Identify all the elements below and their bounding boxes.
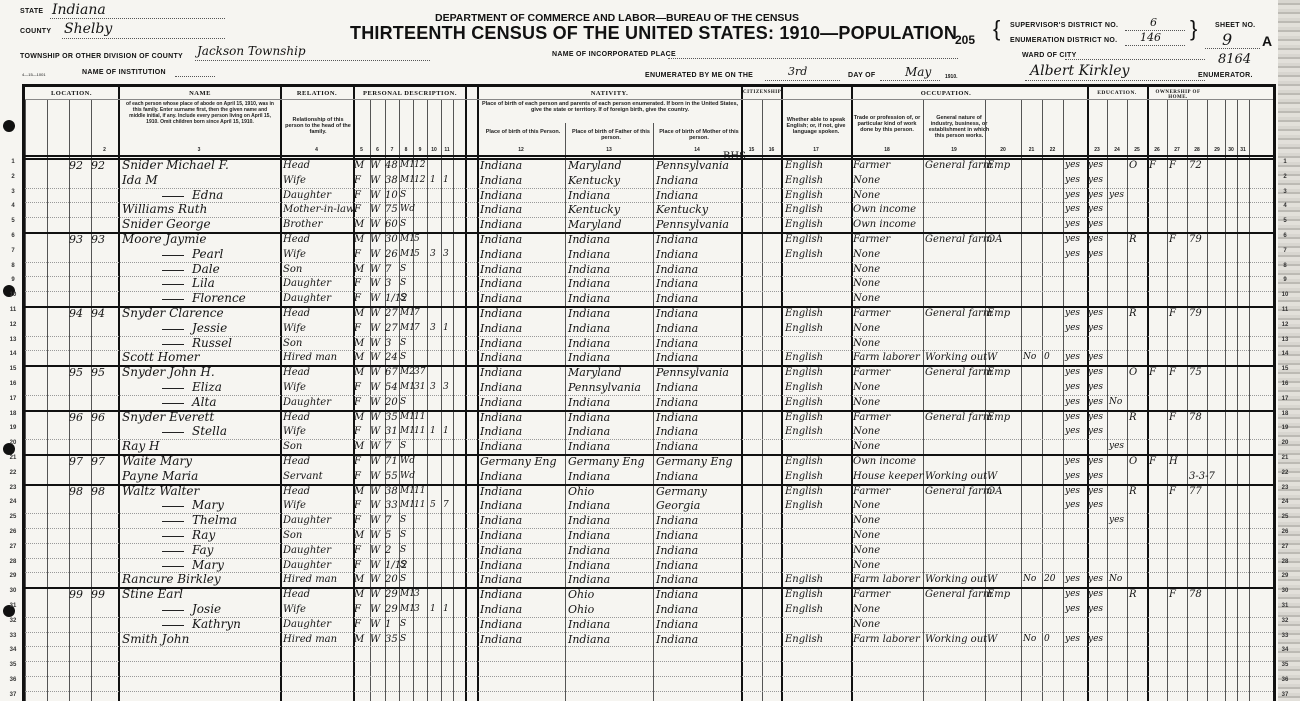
person-name: Florence (192, 292, 246, 305)
person-name: Lila (192, 277, 215, 290)
marital-status: S (400, 263, 406, 276)
line-number: 23 (1278, 485, 1292, 491)
can-write: yes (1088, 425, 1103, 438)
column-number: 23 (1087, 147, 1107, 153)
age: 1 (385, 618, 391, 631)
father-birthplace: Indiana (568, 470, 610, 483)
line-number: 10 (6, 292, 20, 298)
line-number: 19 (1278, 425, 1292, 431)
col-speak-english: Whether able to speak English; or, if no… (783, 117, 849, 141)
can-write: yes (1088, 411, 1103, 424)
language: English (785, 455, 823, 468)
census-sheet: STATE Indiana COUNTY Shelby TOWNSHIP OR … (0, 0, 1300, 701)
column-divider (1021, 99, 1022, 701)
mother-birthplace: Indiana (656, 189, 698, 202)
line-number: 34 (1278, 647, 1292, 653)
line-number: 11 (1278, 307, 1292, 313)
marital-status: S (400, 440, 406, 453)
age: 75 (385, 203, 398, 216)
race: W (370, 351, 380, 364)
line-number: 1 (6, 159, 20, 165)
column-divider (1225, 99, 1226, 701)
person-name: Williams Ruth (122, 203, 207, 216)
industry: General farm (925, 233, 992, 246)
sex: F (354, 203, 361, 216)
age: 27 (385, 322, 398, 335)
father-birthplace: Indiana (568, 440, 610, 453)
day-underline (765, 80, 840, 81)
group-education: EDUCATION. (1087, 90, 1147, 96)
mother-birthplace: Indiana (656, 307, 698, 320)
industry: General farm (925, 588, 992, 601)
can-read: yes (1065, 499, 1080, 512)
father-birthplace: Indiana (568, 351, 610, 364)
person-name: Russel (192, 337, 232, 350)
line-number: 21 (6, 455, 20, 461)
year-label: 1910. (945, 74, 958, 80)
person-name: Thelma (192, 514, 237, 527)
person-name: Eliza (192, 381, 222, 394)
line-number: 32 (6, 618, 20, 624)
marital-status: M1 (400, 322, 415, 335)
birthplace: Indiana (480, 366, 522, 379)
sex: F (354, 277, 361, 290)
employment-class: W (987, 351, 997, 364)
line-number: 7 (1278, 248, 1292, 254)
relationship: Wife (283, 322, 306, 335)
language: English (785, 366, 823, 379)
line-number: 35 (6, 662, 20, 668)
column-number: 4 (280, 147, 353, 153)
ditto-dash (162, 284, 184, 285)
column-divider (923, 99, 924, 701)
trade: Farmer (853, 411, 890, 424)
group-relation: RELATION. (281, 90, 353, 97)
person-name: Ray (192, 529, 215, 542)
farm-schedule: 79 (1189, 233, 1202, 246)
column-divider (441, 99, 442, 701)
family-number: 99 (91, 588, 105, 601)
mother-birthplace: Indiana (656, 263, 698, 276)
language: English (785, 322, 823, 335)
person-name: Snider George (122, 218, 211, 231)
person-name: Waltz Walter (122, 485, 199, 498)
ditto-dash (162, 521, 184, 522)
line-number: 24 (6, 499, 20, 505)
can-write: yes (1088, 396, 1103, 409)
farm-schedule: 77 (1189, 485, 1202, 498)
father-birthplace: Indiana (568, 233, 610, 246)
census-title: THIRTEENTH CENSUS OF THE UNITED STATES: … (350, 23, 957, 44)
group-name: NAME (120, 90, 280, 97)
race: W (370, 588, 380, 601)
age: 24 (385, 351, 398, 364)
trade: Farmer (853, 233, 890, 246)
father-birthplace: Maryland (568, 218, 622, 231)
sex: F (354, 499, 361, 512)
age: 20 (385, 396, 398, 409)
column-divider (762, 99, 763, 701)
ditto-dash (162, 196, 184, 197)
can-read: yes (1065, 411, 1080, 424)
marital-status: S (400, 351, 406, 364)
father-birthplace: Indiana (568, 292, 610, 305)
ward-label: WARD OF CITY (1022, 52, 1077, 59)
age: 60 (385, 218, 398, 231)
ditto-dash (162, 432, 184, 433)
column-divider (1127, 99, 1128, 701)
relationship: Son (283, 440, 302, 453)
column-number: 3 (118, 147, 280, 153)
race: W (370, 618, 380, 631)
row-divider (25, 587, 1273, 589)
language: English (785, 396, 823, 409)
language: English (785, 425, 823, 438)
can-write: yes (1088, 322, 1103, 335)
relationship: Brother (283, 218, 322, 231)
father-birthplace: Indiana (568, 529, 610, 542)
language: English (785, 233, 823, 246)
marital-status: M1 (400, 174, 415, 187)
column-number: 31 (1237, 147, 1249, 153)
father-birthplace: Indiana (568, 514, 610, 527)
children-born: 1 (430, 603, 436, 616)
line-number: 33 (1278, 633, 1292, 639)
line-number: 8 (6, 263, 20, 269)
can-write: yes (1088, 588, 1103, 601)
township-value: Jackson Township (197, 44, 306, 58)
trade: Own income (853, 203, 916, 216)
sex: M (354, 351, 364, 364)
children-born: 5 (430, 499, 436, 512)
line-number: 36 (6, 677, 20, 683)
person-name: Josie (192, 603, 221, 616)
birthplace: Indiana (480, 174, 522, 187)
can-write: yes (1088, 381, 1103, 394)
language: English (785, 218, 823, 231)
line-number: 3 (6, 189, 20, 195)
column-number: 9 (413, 147, 427, 153)
column-number: 22 (1042, 147, 1063, 153)
line-number: 7 (6, 248, 20, 254)
father-birthplace: Indiana (568, 544, 610, 557)
mother-birthplace: Indiana (656, 544, 698, 557)
language: English (785, 351, 823, 364)
mother-birthplace: Germany Eng (656, 455, 733, 468)
column-number: 20 (985, 147, 1021, 153)
race: W (370, 529, 380, 542)
birthplace: Indiana (480, 559, 522, 572)
line-number: 10 (1278, 292, 1292, 298)
nativity-instructions: Place of birth of each person and parent… (481, 101, 739, 115)
race: W (370, 381, 380, 394)
mother-birthplace: Indiana (656, 233, 698, 246)
person-name: Alta (192, 396, 216, 409)
free-mortgaged: F (1149, 366, 1156, 379)
population-schedule-table: LOCATION. NAME RELATION. PERSONAL DESCRI… (22, 84, 1276, 701)
person-name: Payne Maria (122, 470, 198, 483)
sex: F (354, 455, 361, 468)
column-number: 29 (1209, 147, 1225, 153)
industry: Working out (925, 351, 987, 364)
race: W (370, 499, 380, 512)
line-number: 15 (6, 366, 20, 372)
form-code: 4—15—1001 (22, 72, 46, 77)
column-divider (453, 99, 454, 701)
relationship: Daughter (283, 396, 331, 409)
column-divider (69, 99, 70, 701)
family-number: 94 (91, 307, 105, 320)
col-birth-mother: Place of birth of Mother of this person. (657, 129, 741, 141)
language: English (785, 248, 823, 261)
industry: Working out (925, 633, 987, 646)
ditto-dash (162, 299, 184, 300)
age: 29 (385, 603, 398, 616)
page-stamp: 205 (955, 33, 975, 47)
marital-status: Wd (400, 203, 415, 216)
age: 54 (385, 381, 398, 394)
employment-class: Emp (987, 159, 1010, 172)
col-industry: General nature of industry, business, or… (925, 115, 993, 145)
ditto-dash (162, 566, 184, 567)
can-read: yes (1065, 455, 1080, 468)
person-name: Waite Mary (122, 455, 192, 468)
dwelling-number: 96 (69, 411, 83, 424)
trade: None (853, 322, 880, 335)
employment-class: W (987, 633, 997, 646)
trade: None (853, 277, 880, 290)
marital-status: M2 (400, 366, 415, 379)
school-attendance: No (1109, 396, 1122, 409)
birthplace: Indiana (480, 381, 522, 394)
column-divider (1167, 99, 1168, 701)
sex: M (354, 233, 364, 246)
father-birthplace: Indiana (568, 337, 610, 350)
enumerator-name: Albert Kirkley (1030, 63, 1129, 79)
owned-rented: R (1129, 233, 1137, 246)
children-living: 1 (443, 322, 449, 335)
sex: F (354, 425, 361, 438)
relationship: Head (283, 455, 310, 468)
trade: Farmer (853, 588, 890, 601)
incorporated-place-underline (668, 58, 958, 59)
incorporated-place-label: NAME OF INCORPORATED PLACE (552, 51, 676, 58)
sex: F (354, 322, 361, 335)
line-number: 32 (1278, 618, 1292, 624)
father-birthplace: Indiana (568, 322, 610, 335)
line-number: 23 (6, 485, 20, 491)
birthplace: Indiana (480, 425, 522, 438)
mother-birthplace: Indiana (656, 529, 698, 542)
mother-birthplace: Indiana (656, 411, 698, 424)
ditto-dash (162, 536, 184, 537)
line-number: 18 (1278, 411, 1292, 417)
column-divider (653, 123, 654, 701)
ditto-dash (162, 610, 184, 611)
row-divider (25, 661, 1273, 662)
marital-status: S (400, 514, 406, 527)
trade: Farm laborer (853, 633, 920, 646)
age: 67 (385, 366, 398, 379)
language: English (785, 411, 823, 424)
relationship: Wife (283, 381, 306, 394)
father-birthplace: Indiana (568, 559, 610, 572)
father-birthplace: Indiana (568, 425, 610, 438)
family-number: 95 (91, 366, 105, 379)
language: English (785, 573, 823, 586)
trade: Own income (853, 455, 916, 468)
mother-birthplace: Indiana (656, 559, 698, 572)
trade: None (853, 248, 880, 261)
can-write: yes (1088, 159, 1103, 172)
person-name: Ida M (122, 174, 158, 187)
mother-birthplace: Indiana (656, 618, 698, 631)
farm-schedule: 78 (1189, 588, 1202, 601)
trade: None (853, 337, 880, 350)
sex: M (354, 633, 364, 646)
children-living: 3 (443, 248, 449, 261)
farm-house: F (1169, 411, 1176, 424)
row-divider (25, 484, 1273, 486)
relation-column-instructions: Relationship of this person to the head … (285, 117, 351, 137)
sex: F (354, 470, 361, 483)
dwelling-number: 94 (69, 307, 83, 320)
relationship: Son (283, 263, 302, 276)
marital-status: S (400, 396, 406, 409)
row-divider (25, 232, 1273, 234)
relationship: Wife (283, 603, 306, 616)
trade: None (853, 514, 880, 527)
race: W (370, 248, 380, 261)
column-number: 16 (762, 147, 781, 153)
mother-birthplace: Indiana (656, 633, 698, 646)
farm-house: H (1169, 455, 1178, 468)
ditto-dash (162, 625, 184, 626)
group-nativity: NATIVITY. (477, 90, 742, 97)
trade: Farmer (853, 307, 890, 320)
relationship: Son (283, 337, 302, 350)
line-number: 17 (6, 396, 20, 402)
marital-status: M1 (400, 307, 415, 320)
line-number: 16 (1278, 381, 1292, 387)
relationship: Head (283, 411, 310, 424)
can-read: yes (1065, 233, 1080, 246)
trade: None (853, 381, 880, 394)
marital-status: Wd (400, 455, 415, 468)
marital-status: M1 (400, 588, 415, 601)
line-number: 29 (1278, 573, 1292, 579)
language: English (785, 633, 823, 646)
column-divider (25, 99, 26, 701)
birthplace: Indiana (480, 159, 522, 172)
marital-status: M1 (400, 159, 415, 172)
age: 29 (385, 588, 398, 601)
can-write: yes (1088, 573, 1103, 586)
column-divider (1207, 99, 1208, 701)
line-number: 25 (1278, 514, 1292, 520)
person-name: Snyder Everett (122, 411, 214, 424)
sex: F (354, 396, 361, 409)
column-divider (91, 99, 92, 701)
group-occupation: OCCUPATION. (851, 90, 1041, 97)
column-number: 19 (923, 147, 985, 153)
line-number: 14 (1278, 351, 1292, 357)
can-write: yes (1088, 189, 1103, 202)
employment-class: W (987, 470, 997, 483)
enumerated-month: May (905, 65, 931, 79)
mother-birthplace: Pennsylvania (656, 159, 729, 172)
father-birthplace: Ohio (568, 603, 594, 616)
can-write: yes (1088, 248, 1103, 261)
trade: None (853, 603, 880, 616)
sex: F (354, 292, 361, 305)
marital-status: M1 (400, 381, 415, 394)
weeks-out: 20 (1044, 573, 1055, 586)
relationship: Hired man (283, 633, 337, 646)
relationship: Daughter (283, 514, 331, 527)
dwelling-number: 98 (69, 485, 83, 498)
column-number: 10 (427, 147, 441, 153)
relationship: Mother-in-law (283, 203, 355, 216)
line-number: 34 (6, 647, 20, 653)
mother-birthplace: Indiana (656, 470, 698, 483)
line-number: 28 (1278, 559, 1292, 565)
birthplace: Indiana (480, 603, 522, 616)
birthplace: Indiana (480, 485, 522, 498)
marital-status: S (400, 218, 406, 231)
trade: None (853, 440, 880, 453)
column-number: 13 (565, 147, 653, 153)
birthplace: Indiana (480, 203, 522, 216)
column-divider (565, 123, 566, 701)
children-living: 1 (443, 174, 449, 187)
birthplace: Indiana (480, 248, 522, 261)
can-read: yes (1065, 485, 1080, 498)
can-read: yes (1065, 381, 1080, 394)
mother-birthplace: Indiana (656, 588, 698, 601)
person-name: Dale (192, 263, 220, 276)
line-number: 26 (1278, 529, 1292, 535)
trade: None (853, 529, 880, 542)
owned-rented: O (1129, 366, 1137, 379)
line-number: 5 (1278, 218, 1292, 224)
marital-status: M1 (400, 411, 415, 424)
industry: General farm (925, 366, 992, 379)
race: W (370, 411, 380, 424)
children-born: 3 (430, 248, 436, 261)
trade: Farmer (853, 485, 890, 498)
enumerator-label: ENUMERATOR. (1198, 72, 1253, 79)
birthplace: Indiana (480, 322, 522, 335)
line-number: 5 (6, 218, 20, 224)
marital-status: S (400, 559, 406, 572)
column-number: 21 (1021, 147, 1042, 153)
trade: None (853, 263, 880, 276)
marital-status: M1 (400, 233, 415, 246)
line-number: 2 (6, 174, 20, 180)
industry: General farm (925, 411, 992, 424)
father-birthplace: Indiana (568, 573, 610, 586)
relationship: Wife (283, 174, 306, 187)
age: 35 (385, 411, 398, 424)
birthplace: Indiana (480, 263, 522, 276)
trade: Own income (853, 218, 916, 231)
race: W (370, 544, 380, 557)
sheet-underline (1205, 48, 1260, 49)
institution-underline (175, 76, 215, 77)
marital-status: S (400, 573, 406, 586)
column-divider (1237, 99, 1238, 701)
